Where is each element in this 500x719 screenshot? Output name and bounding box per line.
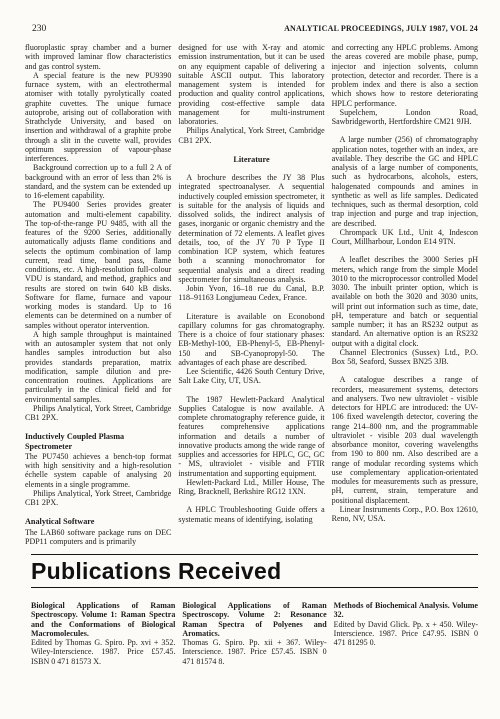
paragraph: A leaflet describes the 3000 Series pH m… <box>332 255 478 348</box>
paragraph: The PU7450 achieves a bench-top format w… <box>25 452 171 489</box>
paragraph: Jobin Yvon, 16–18 rue du Canal, B.P. 118… <box>178 284 324 303</box>
page-number: 230 <box>32 24 46 34</box>
publications-received-title: Publications Received <box>31 558 478 584</box>
paragraph: and correcting any HPLC problems. Among … <box>332 43 478 108</box>
paragraph: The PU9400 Series provides greater autom… <box>25 200 171 330</box>
publication-entry: Biological Applications of Raman Spectro… <box>31 601 175 666</box>
paragraph: A brochure describes the JY 38 Plus inte… <box>178 173 324 284</box>
paragraph: designed for use with X-ray and atomic e… <box>178 43 324 126</box>
text-column-1: fluoroplastic spray chamber and a burner… <box>25 43 171 547</box>
publications-received-section: Publications Received Biological Applica… <box>31 554 478 666</box>
text-column-3: and correcting any HPLC problems. Among … <box>332 43 478 547</box>
publication-book-title: Methods of Biochemical Analysis. Volume … <box>334 601 478 620</box>
body-columns: fluoroplastic spray chamber and a burner… <box>25 43 478 547</box>
section-heading: Literature <box>178 155 324 164</box>
journal-page: 230 ANALYTICAL PROCEEDINGS, JULY 1987, V… <box>0 0 500 719</box>
section-heading: Analytical Software <box>25 517 171 526</box>
page-header: 230 ANALYTICAL PROCEEDINGS, JULY 1987, V… <box>32 24 478 34</box>
publication-book-title: Biological Applications of Raman Spectro… <box>31 601 175 638</box>
top-divider-rule <box>31 554 478 555</box>
publication-entry: Methods of Biochemical Analysis. Volume … <box>334 601 478 666</box>
text-column-2: designed for use with X-ray and atomic e… <box>178 43 324 547</box>
paragraph: Supelchem, London Road, Sawbridgeworth, … <box>332 108 478 127</box>
publication-book-details: Thomas G. Spiro. Pp. xii + 367. Wiley-In… <box>182 638 326 666</box>
paragraph: Literature is available on Econobond cap… <box>178 312 324 368</box>
paragraph: A large number (256) of chromatography a… <box>332 135 478 228</box>
paragraph: Channel Electronics (Sussex) Ltd., P.O. … <box>332 348 478 367</box>
publication-entry: Biological Applications of Raman Spectro… <box>182 601 326 666</box>
paragraph: Philips Analytical, York Street, Cambrid… <box>25 489 171 508</box>
paragraph: Hewlett-Packard Ltd., Miller House, The … <box>178 478 324 497</box>
bottom-divider-rule <box>31 587 478 588</box>
paragraph: A catalogue describes a range of recorde… <box>332 375 478 505</box>
paragraph: The LAB60 software package runs on DEC P… <box>25 528 171 547</box>
paragraph: fluoroplastic spray chamber and a burner… <box>25 43 171 71</box>
paragraph: A high sample throughput is maintained w… <box>25 330 171 404</box>
paragraph: The 1987 Hewlett-Packard Analytical Supp… <box>178 395 324 478</box>
paragraph: A HPLC Troubleshooting Guide offers a sy… <box>178 505 324 524</box>
publication-book-details: Edited by Thomas G. Spiro. Pp. xvi + 352… <box>31 638 175 666</box>
paragraph: Linear Instruments Corp., P.O. Box 12610… <box>332 505 478 524</box>
publication-entries: Biological Applications of Raman Spectro… <box>31 601 478 666</box>
paragraph: Background correction up to a full 2 A o… <box>25 163 171 200</box>
publication-book-details: Edited by David Glick. Pp. x + 450. Wile… <box>334 620 478 648</box>
paragraph: Chrompack UK Ltd., Unit 4, Indescon Cour… <box>332 228 478 247</box>
section-heading: Inductively Coupled Plasma Spectrometer <box>25 432 171 451</box>
journal-running-title: ANALYTICAL PROCEEDINGS, JULY 1987, VOL 2… <box>284 24 478 33</box>
paragraph: Lee Scientific, 4426 South Century Drive… <box>178 367 324 386</box>
paragraph: Philips Analytical, York Street, Cambrid… <box>178 126 324 145</box>
publication-book-title: Biological Applications of Raman Spectro… <box>182 601 326 638</box>
paragraph: A special feature is the new PU9390 furn… <box>25 71 171 164</box>
paragraph: Philips Analytical, York Street, Cambrid… <box>25 404 171 423</box>
